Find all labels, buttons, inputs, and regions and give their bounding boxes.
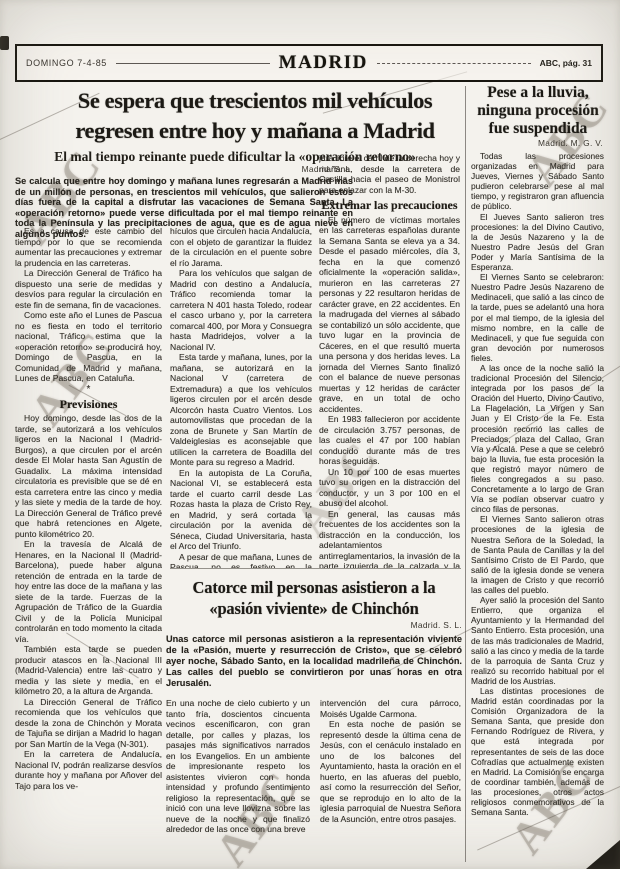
processions-headline-line1: Pese a la lluvia,: [470, 84, 606, 102]
paragraph: En la carretera de Andalucía, Nacional I…: [15, 749, 162, 791]
masthead: DOMINGO 7-4-85 MADRID ABC, pág. 31: [15, 44, 603, 82]
main-byline: Madrid. S. L.: [15, 164, 353, 174]
paragraph: En una noche de cielo cubierto y un tant…: [166, 698, 310, 835]
section-separator: *: [15, 386, 162, 394]
paragraph: El Viernes Santo se celebraron: Nuestro …: [471, 272, 604, 363]
paragraph: jará libre el carril de la derecha hoy y…: [319, 153, 460, 195]
paragraph: En esta noche de pasión se representó de…: [320, 719, 461, 824]
chinchon-lead-paragraph: Unas catorce mil personas asistieron a l…: [166, 634, 462, 689]
paragraph: Ayer salió la procesión del Santo Entier…: [471, 595, 604, 686]
processions-headline-line2: ninguna procesión: [470, 102, 606, 120]
paragraph: La Dirección General de Tráfico ha dispu…: [15, 268, 162, 310]
paragraph: En general, las causas más frecuentes de…: [319, 509, 460, 569]
article-divider-rule: [170, 568, 461, 569]
processions-body-column: Todas las procesiones organizadas en Mad…: [471, 151, 604, 861]
masthead-rule-left: [116, 63, 270, 64]
chinchon-headline-line1: Catorce mil personas asistieron a la: [166, 577, 462, 598]
paragraph: En 1983 fallecieron por accidente de cir…: [319, 414, 460, 467]
chinchon-headline: Catorce mil personas asistieron a la «pa…: [166, 577, 462, 619]
column-divider-rule: [465, 86, 466, 862]
processions-headline: Pese a la lluvia, ninguna procesión fue …: [470, 84, 606, 138]
paragraph: intervención del cura párroco, Moisés Ug…: [320, 698, 461, 719]
ink-blot: [0, 36, 9, 50]
crosshead-previsiones: Previsiones: [15, 399, 162, 410]
main-body-column-2: hículos que circulen hacia Andalucía, co…: [170, 226, 312, 568]
paragraph: En la autopista de La Coruña, Nacional V…: [170, 468, 312, 552]
paragraph: El Jueves Santo salieron tres procesione…: [471, 212, 604, 273]
paragraph: hículos que circulen hacia Andalucía, co…: [170, 226, 312, 268]
paragraph: Un 10 por 100 de esas muertes tuvo su or…: [319, 467, 460, 509]
paragraph: A pesar de que mañana, Lunes de Pascua, …: [170, 552, 312, 569]
paragraph: La Dirección General de Tráfico recomien…: [15, 697, 162, 750]
chinchon-body-column-2: intervención del cura párroco, Moisés Ug…: [320, 698, 461, 866]
paragraph: Esta tarde y mañana, lunes, por la mañan…: [170, 352, 312, 468]
newspaper-page: ABC ABC ABC ABC ABC ABC DOMINGO 7-4-85 M…: [0, 0, 620, 869]
paragraph: También esta tarde se pueden producir at…: [15, 644, 162, 697]
masthead-page-ref: ABC, pág. 31: [540, 58, 592, 68]
paragraph: El Viernes Santo salieron otras procesio…: [471, 514, 604, 595]
chinchon-headline-line2: «pasión viviente» de Chinchón: [166, 598, 462, 619]
main-headline-line2: regresen entre hoy y mañana a Madrid: [40, 116, 470, 146]
paragraph: El número de víctimas mortales en las ca…: [319, 215, 460, 415]
chinchon-body-column-1: En una noche de cielo cubierto y un tant…: [166, 698, 310, 866]
chinchon-byline: Madrid. S. L.: [166, 620, 462, 630]
paragraph: Para los vehículos que salgan de Madrid …: [170, 268, 312, 352]
crosshead-extremar: Extremar las precauciones: [319, 200, 460, 211]
main-headline-line1: Se espera que trescientos mil vehículos: [40, 86, 470, 116]
main-body-column-1: Es a causa de este cambio del tiempo por…: [15, 226, 162, 810]
paragraph: A las once de la noche salió la tradicio…: [471, 363, 604, 514]
masthead-section-title: MADRID: [279, 52, 368, 74]
paragraph: Las distintas procesiones de Madrid está…: [471, 686, 604, 817]
processions-headline-line3: fue suspendida: [470, 120, 606, 138]
paragraph: Como este año el Lunes de Pascua no es f…: [15, 310, 162, 384]
processions-byline: Madrid. M. G. V.: [470, 138, 603, 148]
paragraph: Todas las procesiones organizadas en Mad…: [471, 151, 604, 212]
paragraph: Es a causa de este cambio del tiempo por…: [15, 226, 162, 268]
masthead-date: DOMINGO 7-4-85: [26, 58, 107, 68]
paragraph: Hoy domingo, desde las dos de la tarde, …: [15, 413, 162, 539]
paragraph: En la travesía de Alcalá de Henares, en …: [15, 539, 162, 644]
masthead-rule-right: [377, 63, 531, 64]
main-body-column-3: jará libre el carril de la derecha hoy y…: [319, 153, 460, 568]
main-headline: Se espera que trescientos mil vehículos …: [40, 86, 470, 146]
